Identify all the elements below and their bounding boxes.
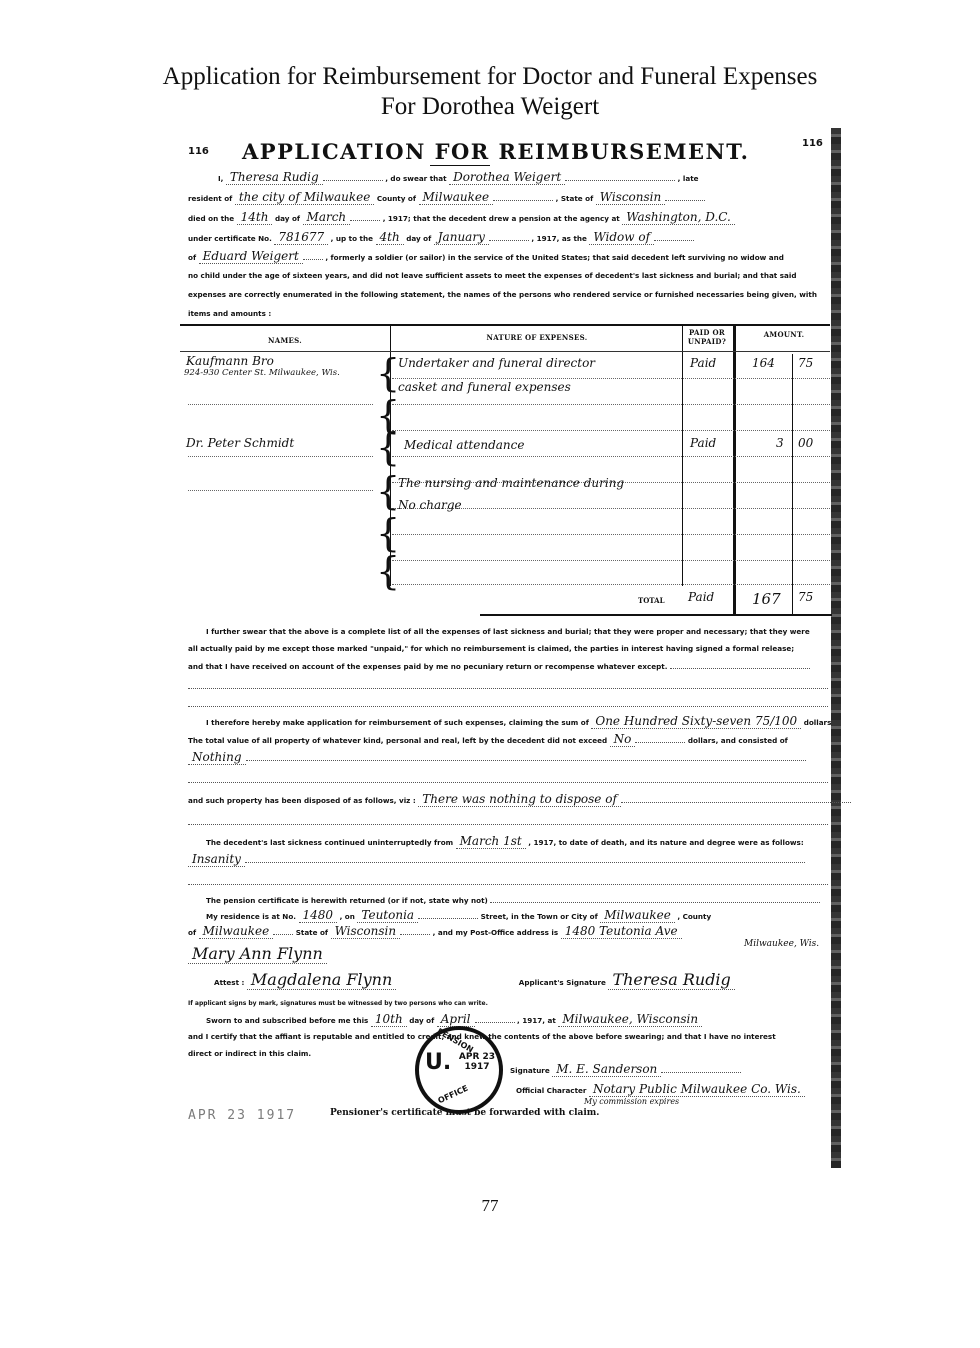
row1-cents: 75 <box>798 356 813 370</box>
sworn-place: Milwaukee, Wisconsin <box>558 1012 702 1027</box>
residence-county: Milwaukee <box>199 924 274 939</box>
po-address: 1480 Teutonia Ave <box>561 924 682 939</box>
mark-note: If applicant signs by mark, signatures m… <box>188 998 828 1009</box>
header-paid: PAID OR UNPAID? <box>684 328 730 346</box>
row1-dollars: 164 <box>752 356 775 370</box>
city: Milwaukee <box>600 908 675 923</box>
witness1-signature: Mary Ann Flynn <box>188 944 327 964</box>
state: Wisconsin <box>596 190 666 205</box>
row-rule <box>392 584 830 585</box>
blank-line <box>188 698 828 710</box>
intro-line-7: expenses are correctly enumerated in the… <box>188 289 828 300</box>
page-title-line2: For Dorothea Weigert <box>0 92 980 122</box>
notary-signature: M. E. Sanderson <box>552 1062 661 1077</box>
total-cents: 75 <box>798 590 813 604</box>
intro-line-8: items and amounts : <box>188 308 828 319</box>
page-title: Application for Reimbursement for Doctor… <box>0 62 980 122</box>
received-date-stamp: APR 23 1917 <box>188 1108 296 1123</box>
claim-sum: One Hundred Sixty-seven 75/100 <box>591 714 801 729</box>
row-rule <box>392 430 830 431</box>
row2-cents: 00 <box>798 436 813 450</box>
certificate-note: Pensioner's certificate must be forwarde… <box>330 1108 730 1119</box>
residence: the city of Milwaukee <box>235 190 375 205</box>
further-line-2: all actually paid by me except those mar… <box>188 643 828 654</box>
blank-line <box>188 774 828 786</box>
row2-paid: Paid <box>690 436 716 450</box>
county: Milwaukee <box>419 190 494 205</box>
row1-paid: Paid <box>690 356 716 370</box>
residence-state: Wisconsin <box>331 924 401 939</box>
property-value: No <box>610 732 636 747</box>
total-paid: Paid <box>688 590 714 604</box>
form-heading: APPLICATION FOR REIMBURSEMENT. <box>242 139 749 164</box>
row-rule <box>188 456 373 457</box>
expenses-table: NAMES. NATURE OF EXPENSES. PAID OR UNPAI… <box>180 324 832 614</box>
row-brace: { <box>376 428 400 466</box>
property-consisted: Nothing <box>188 750 246 765</box>
applicant-name: Theresa Rudig <box>226 170 323 185</box>
form-number-right: 116 <box>802 138 823 149</box>
street-number: 1480 <box>299 908 338 923</box>
certificate-number: 781677 <box>274 230 328 245</box>
intro-line-1: I, Theresa Rudig , do swear that Dorothe… <box>188 172 828 184</box>
row-rule <box>188 404 373 405</box>
row3-nature: The nursing and maintenance during <box>398 476 624 490</box>
table-bottom-rule <box>480 614 832 616</box>
row-brace: { <box>376 514 400 552</box>
sickness-line-1: The decedent's last sickness continued u… <box>188 836 828 848</box>
row1-name-address: 924-930 Center St. Milwaukee, Wis. <box>184 368 340 378</box>
page-title-line1: Application for Reimbursement for Doctor… <box>0 62 980 92</box>
scanned-form: 116 116 APPLICATION FOR REIMBURSEMENT. I… <box>180 128 835 1168</box>
row-brace: { <box>376 552 400 590</box>
row1-name: Kaufmann Bro <box>186 354 274 368</box>
intro-line-6: no child under the age of sixteen years,… <box>188 270 828 281</box>
page-number: 77 <box>0 1196 980 1216</box>
notary-signature-line: Signature M. E. Sanderson <box>510 1064 830 1076</box>
residence-line-2: My residence is at No. 1480 , on Teutoni… <box>188 910 828 922</box>
sworn-line-3: direct or indirect in this claim. <box>188 1048 828 1059</box>
further-line-3: and that I have received on account of t… <box>188 660 828 672</box>
row-rule <box>392 378 830 379</box>
paid-to-day: 4th <box>376 230 404 245</box>
sworn-month: April <box>437 1012 475 1027</box>
decedent-name: Dorothea Weigert <box>449 170 565 185</box>
scan-edge-shadow <box>831 128 841 1168</box>
row1-nature-line2: casket and funeral expenses <box>398 380 571 394</box>
form-number-left: 116 <box>188 146 209 157</box>
street-name: Teutonia <box>357 908 418 923</box>
claim-line-1: I therefore hereby make application for … <box>188 716 828 728</box>
witness-line: Mary Ann Flynn <box>188 948 828 962</box>
row2-nature: Medical attendance <box>404 438 524 452</box>
row-rule <box>392 456 830 457</box>
sworn-line-1: Sworn to and subscribed before me this 1… <box>188 1014 828 1026</box>
claim-line-3: Nothing <box>188 752 828 764</box>
table-divider-paid <box>733 324 736 614</box>
table-divider-cents <box>792 354 793 614</box>
death-day: 14th <box>237 210 273 225</box>
row2-dollars: 3 <box>776 436 784 450</box>
row-brace: { <box>376 472 400 510</box>
official-character: Notary Public Milwaukee Co. Wis. <box>589 1082 805 1097</box>
soldier-name: Eduard Weigert <box>199 249 303 264</box>
intro-line-4: under certificate No. 781677 , up to the… <box>188 232 828 244</box>
header-nature: NATURE OF EXPENSES. <box>392 333 682 342</box>
death-month: March <box>303 210 351 225</box>
intro-line-2: resident of the city of Milwaukee County… <box>188 192 828 204</box>
commission-line: My commission expires <box>580 1096 830 1107</box>
applicant-signature: Theresa Rudig <box>608 970 734 990</box>
row-rule <box>392 404 830 405</box>
table-divider-nature <box>682 324 683 586</box>
header-names: NAMES. <box>180 336 390 345</box>
row1-nature: Undertaker and funeral director <box>398 356 595 370</box>
row2-name: Dr. Peter Schmidt <box>186 436 294 450</box>
agency: Washington, D.C. <box>622 210 735 225</box>
row3-nature-line2: No charge <box>398 498 462 512</box>
pension-role: Widow of <box>589 230 654 245</box>
sworn-line-2: and I certify that the affiant is reputa… <box>188 1031 828 1042</box>
further-line-1: I further swear that the above is a comp… <box>188 626 828 637</box>
intro-line-5: of Eduard Weigert , formerly a soldier (… <box>188 251 828 263</box>
paid-to-month: January <box>434 230 489 245</box>
blank-line <box>188 680 828 692</box>
header-amount: AMOUNT. <box>736 330 832 339</box>
row-brace: { <box>376 354 400 392</box>
claim-line-2: The total value of all property of whate… <box>188 734 828 746</box>
intro-line-3: died on the 14th day of March , 1917; th… <box>188 212 828 224</box>
total-dollars: 167 <box>752 590 781 608</box>
sworn-day: 10th <box>371 1012 407 1027</box>
header-rule <box>180 351 830 352</box>
row-rule <box>392 534 830 535</box>
blank-line <box>188 816 828 828</box>
sickness-nature: Insanity <box>188 852 245 867</box>
official-character-line: Official Character Notary Public Milwauk… <box>516 1084 836 1096</box>
residence-line-1: The pension certificate is herewith retu… <box>188 894 828 906</box>
residence-line-3: of Milwaukee State of Wisconsin , and my… <box>188 926 828 938</box>
row-rule <box>392 560 830 561</box>
attest-line: Attest : Magdalena Flynn Applicant's Sig… <box>188 974 828 988</box>
claim-line-4: and such property has been disposed of a… <box>188 794 828 806</box>
blank-line <box>188 876 828 888</box>
sickness-line-2: Insanity <box>188 854 828 866</box>
row-rule <box>188 490 373 491</box>
pension-office-stamp: PENSION U. APR 23 1917 OFFICE <box>415 1026 503 1114</box>
witness2-signature: Magdalena Flynn <box>247 970 396 990</box>
sickness-from: March 1st <box>456 834 526 849</box>
heading-underline <box>430 165 490 166</box>
property-disposed: There was nothing to dispose of <box>418 792 621 807</box>
total-label: TOTAL <box>638 596 665 605</box>
